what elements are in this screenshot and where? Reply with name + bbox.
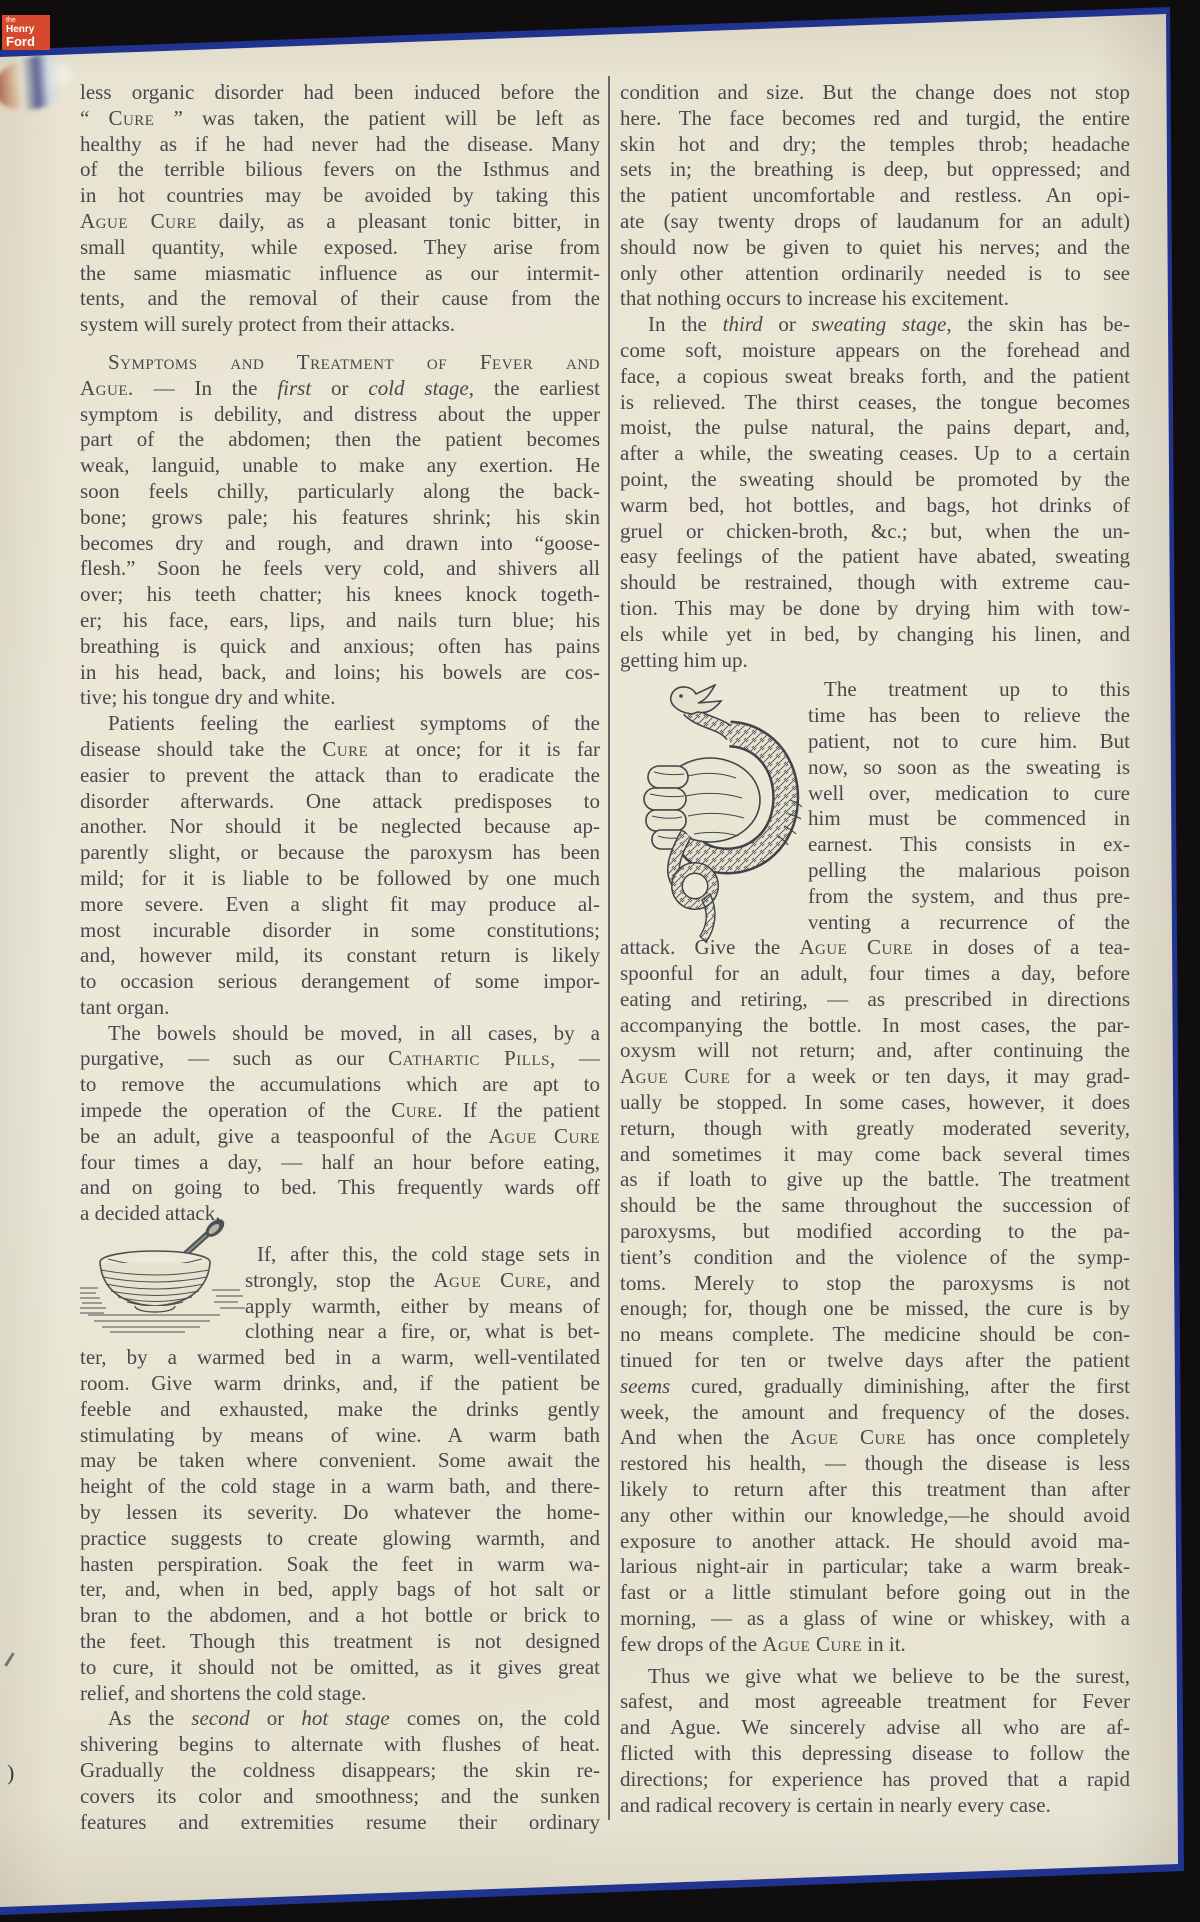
text-line: safest, and most agreeable treatment for… (620, 1689, 1130, 1715)
text-line: becomes dry and rough, and drawn into “g… (80, 531, 600, 557)
text-line: another. Nor should it be neglected beca… (80, 814, 600, 840)
text-line: patient, not to cure him. But (808, 729, 1130, 755)
text-line: no means complete. The medicine should b… (620, 1322, 1130, 1348)
text-line: part of the abdomen; then the patient be… (80, 427, 600, 453)
text-line: and radical recovery is certain in nearl… (620, 1793, 1130, 1819)
text-line: earnest. This consists in ex- (808, 832, 1130, 858)
text-line: feeble and exhausted, make the drinks ge… (80, 1397, 600, 1423)
text-line: any other within our knowledge,—he shoul… (620, 1503, 1130, 1529)
text-line: tion. This may be done by drying him wit… (620, 596, 1130, 622)
text-line: Ague Cure for a week or ten days, it may… (620, 1064, 1130, 1090)
text-line: stimulating by means of wine. A warm bat… (80, 1423, 600, 1449)
text-line: pelling the malarious poison (808, 858, 1130, 884)
text-line: breathing is quick and anxious; often ha… (80, 634, 600, 660)
text-line: toms. Merely to stop the paroxysms is no… (620, 1271, 1130, 1297)
text-line: easier to prevent the attack than to era… (80, 763, 600, 789)
text-line: els while yet in bed, by changing his li… (620, 622, 1130, 648)
text-line: Thus we give what we believe to be the s… (620, 1664, 1130, 1690)
text-line: directions; for experience has proved th… (620, 1767, 1130, 1793)
text-line: healthy as if he had never had the disea… (80, 132, 600, 158)
column-divider-rule (608, 76, 610, 1820)
text-line: face, a copious sweat breaks forth, and … (620, 364, 1130, 390)
text-line: fast or a little stimulant before going … (620, 1580, 1130, 1606)
text-line: getting him up. (620, 648, 1130, 674)
text-line: come soft, moisture appears on the foreh… (620, 338, 1130, 364)
text-line: over; his teeth chatter; his knees knock… (80, 582, 600, 608)
text-line: to cure, it should not be omitted, as it… (80, 1655, 600, 1681)
text-line: room. Give warm drinks, and, if the pati… (80, 1371, 600, 1397)
text-line: paroxysms, but modified according to the… (620, 1219, 1130, 1245)
text-line: If, after this, the cold stage sets in (245, 1242, 600, 1268)
text-line: symptom is debility, and distress about … (80, 402, 600, 428)
text-line: by lessen its severity. Do whatever the … (80, 1500, 600, 1526)
text-line: to remove the accumulations which are ap… (80, 1072, 600, 1098)
scanned-page: less organic disorder had been induced b… (0, 0, 1200, 1922)
text-line: features and extremities resume their or… (80, 1810, 600, 1836)
text-line: as if loath to give up the battle. The t… (620, 1167, 1130, 1193)
text-line: exposure to another attack. He should av… (620, 1529, 1130, 1555)
text-line: strongly, stop the Ague Cure, and (245, 1268, 600, 1294)
text-line: may be taken where convenient. Some awai… (80, 1448, 600, 1474)
text-line: Symptoms and Treatment of Fever and (80, 350, 600, 376)
text-line: condition and size. But the change does … (620, 80, 1130, 106)
text-line: should be the same throughout the succes… (620, 1193, 1130, 1219)
text-line: relief, and shortens the cold stage. (80, 1681, 600, 1707)
text-line: ually be stopped. In some cases, however… (620, 1090, 1130, 1116)
text-line: shivering begins to alternate with flush… (80, 1732, 600, 1758)
text-line: most incurable disorder in some constitu… (80, 918, 600, 944)
text-line: less organic disorder had been induced b… (80, 80, 600, 106)
text-line: ter, by a warmed bed in a warm, well-ven… (80, 1345, 600, 1371)
text-line: er; his face, ears, lips, and nails turn… (80, 608, 600, 634)
text-line: flicted with this depressing disease to … (620, 1741, 1130, 1767)
text-line: hasten perspiration. Soak the feet in wa… (80, 1552, 600, 1578)
text-line: after a while, the sweating ceases. Up t… (620, 441, 1130, 467)
text-line: Ague Cure daily, as a pleasant tonic bit… (80, 209, 600, 235)
text-line: eating and retiring, — as prescribed in … (620, 987, 1130, 1013)
text-line: enough; for, though one be missed, the c… (620, 1296, 1130, 1322)
corner-color-smudge (0, 46, 85, 117)
pen-mark-paren: ) (7, 1760, 14, 1786)
text-line: clothing near a fire, or, what is bet- (245, 1319, 600, 1345)
text-line: covers its color and smoothness; and the… (80, 1784, 600, 1810)
text-line: Ague. — In the first or cold stage, the … (80, 376, 600, 402)
text-line: ate (say twenty drops of laudanum for an… (620, 209, 1130, 235)
text-line: should be restrained, though with extrem… (620, 570, 1130, 596)
pen-mark-dash (4, 1652, 14, 1666)
logo-the: the (6, 17, 50, 24)
text-line: venting a recurrence of the (808, 910, 1130, 936)
text-line: soon feels chilly, particularly along th… (80, 479, 600, 505)
text-line: larious night-air in particular; take a … (620, 1554, 1130, 1580)
text-line: In the third or sweating stage, the skin… (620, 312, 1130, 338)
text-line: apply warmth, either by means of (245, 1294, 600, 1320)
text-line: of the terrible bilious fevers on the Is… (80, 157, 600, 183)
text-line: The bowels should be moved, in all cases… (80, 1021, 600, 1047)
text-line: ter, and, when in bed, apply bags of hot… (80, 1577, 600, 1603)
text-line: skin hot and dry; the temples throb; hea… (620, 132, 1130, 158)
text-line: oxysm will not return; and, after contin… (620, 1038, 1130, 1064)
text-line: four times a day, — half an hour before … (80, 1150, 600, 1176)
text-line: week, the amount and frequency of the do… (620, 1400, 1130, 1426)
text-line: few drops of the Ague Cure in it. (620, 1632, 1130, 1658)
text-line: only other attention ordinarily needed i… (620, 261, 1130, 287)
text-line: gruel or chicken-broth, &c.; but, when t… (620, 519, 1130, 545)
text-line: sets in; the breathing is deep, but oppr… (620, 157, 1130, 183)
text-line: should now be given to quiet his nerves;… (620, 235, 1130, 261)
text-line: impede the operation of the Cure. If the… (80, 1098, 600, 1124)
text-line: from the system, and thus pre- (808, 884, 1130, 910)
text-line: him must be commenced in (808, 806, 1130, 832)
text-line: small quantity, while exposed. They aris… (80, 235, 600, 261)
text-line: point, the sweating should be promoted b… (620, 467, 1130, 493)
text-line: spoonful for an adult, four times a day,… (620, 961, 1130, 987)
logo-ford: Ford (6, 35, 50, 48)
text-line: bran to the abdomen, and a hot bottle or… (80, 1603, 600, 1629)
text-line: easy feelings of the patient have abated… (620, 544, 1130, 570)
text-line: well over, medication to cure (808, 781, 1130, 807)
text-line: And when the Ague Cure has once complete… (620, 1425, 1130, 1451)
text-line: seems cured, gradually diminishing, afte… (620, 1374, 1130, 1400)
text-line: warm bed, hot bottles, and bags, hot dri… (620, 493, 1130, 519)
text-line: weak, languid, unable to make any exerti… (80, 453, 600, 479)
text-line: and Ague. We sincerely advise all who ar… (620, 1715, 1130, 1741)
text-line: the same miasmatic influence as our inte… (80, 261, 600, 287)
text-line: the feet. Though this treatment is not d… (80, 1629, 600, 1655)
text-line: here. The face becomes red and turgid, t… (620, 106, 1130, 132)
text-line: return, though with greatly moderated se… (620, 1116, 1130, 1142)
text-line: bone; grows pale; his features shrink; h… (80, 505, 600, 531)
text-line: The treatment up to this (808, 677, 1130, 703)
text-line: Gradually the coldness disappears; the s… (80, 1758, 600, 1784)
porridge-bowl-illustration (80, 1218, 245, 1336)
text-line: morning, — as a glass of wine or whiskey… (620, 1606, 1130, 1632)
text-line: and on going to bed. This frequently war… (80, 1175, 600, 1201)
text-line: the patient uncomfortable and restless. … (620, 183, 1130, 209)
text-line: in hot countries may be avoided by takin… (80, 183, 600, 209)
text-line: purgative, — such as our Cathartic Pills… (80, 1046, 600, 1072)
text-line: tant organ. (80, 995, 600, 1021)
text-line: likely to return after this treatment th… (620, 1477, 1130, 1503)
text-line: tient’s condition and the violence of th… (620, 1245, 1130, 1271)
text-line: is relieved. The thirst ceases, the tong… (620, 390, 1130, 416)
text-line: and, however mild, its constant return i… (80, 943, 600, 969)
text-line: tinued for ten or twelve days after the … (620, 1348, 1130, 1374)
text-line: Patients feeling the earliest symptoms o… (80, 711, 600, 737)
text-line: tents, and the removal of their cause fr… (80, 286, 600, 312)
text-line: more severe. Even a slight fit may produ… (80, 892, 600, 918)
text-column-left: less organic disorder had been induced b… (80, 80, 600, 1835)
text-line: mild; for it is liable to be followed by… (80, 866, 600, 892)
text-line: system will surely protect from their at… (80, 312, 600, 338)
text-line: disease should take the Cure at once; fo… (80, 737, 600, 763)
text-line: disorder afterwards. One attack predispo… (80, 789, 600, 815)
text-line: to occasion serious derangement of some … (80, 969, 600, 995)
text-line: restored his health, — though the diseas… (620, 1451, 1130, 1477)
text-line: moist, the pulse natural, the pains depa… (620, 415, 1130, 441)
text-line: tive; his tongue dry and white. (80, 685, 600, 711)
henry-ford-logo: the Henry Ford (2, 15, 50, 50)
text-line: and sometimes it may come back several t… (620, 1142, 1130, 1168)
text-line: “ Cure ” was taken, the patient will be … (80, 106, 600, 132)
text-line: time has been to relieve the (808, 703, 1130, 729)
text-line: that nothing occurs to increase his exci… (620, 286, 1130, 312)
text-line: now, so soon as the sweating is (808, 755, 1130, 781)
text-line: flesh.” Soon he feels very cold, and shi… (80, 556, 600, 582)
text-line: in his head, back, and loins; his bowels… (80, 660, 600, 686)
text-line: be an adult, give a teaspoonful of the A… (80, 1124, 600, 1150)
fist-crushing-snake-illustration (618, 684, 803, 952)
text-line: height of the cold stage in a warm bath,… (80, 1474, 600, 1500)
text-line: practice suggests to create glowing warm… (80, 1526, 600, 1552)
text-line: As the second or hot stage comes on, the… (80, 1706, 600, 1732)
text-line: parently slight, or because the paroxysm… (80, 840, 600, 866)
text-line: accompanying the bottle. In most cases, … (620, 1013, 1130, 1039)
